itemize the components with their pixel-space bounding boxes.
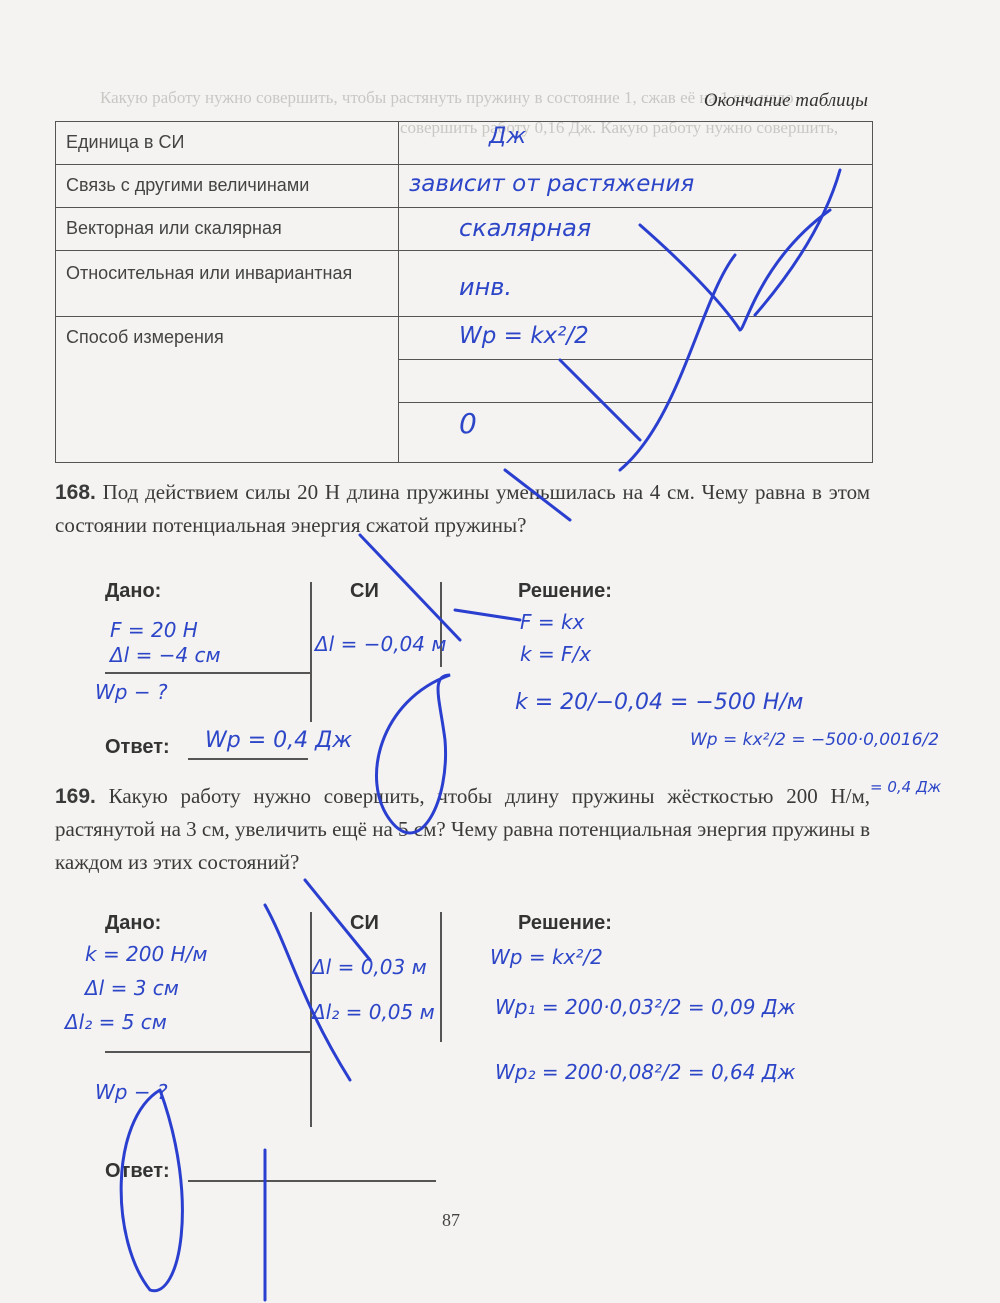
bleed-through-text: Какую работу нужно совершить, чтобы раст… bbox=[100, 88, 794, 108]
row-label: Векторная или скалярная bbox=[56, 208, 399, 251]
table-row: Векторная или скалярная скалярная bbox=[56, 208, 873, 251]
handwritten-solution: Wp = kx²/2 = −500·0,0016/2 bbox=[690, 730, 939, 750]
properties-table: Единица в СИ Дж Связь с другими величина… bbox=[55, 121, 873, 463]
problem-number: 168. bbox=[55, 481, 96, 504]
answer-label: Ответ: bbox=[105, 736, 170, 759]
problem-168: 168. Под действием силы 20 Н длина пружи… bbox=[55, 476, 870, 542]
answer-label: Ответ: bbox=[105, 1160, 170, 1183]
handwritten-solution: = 0,4 Дж bbox=[870, 778, 941, 796]
si-label: СИ bbox=[350, 912, 379, 935]
si-label: СИ bbox=[350, 580, 379, 603]
handwritten-answer: Wp = kx²/2 bbox=[459, 323, 589, 349]
row-label: Способ измерения bbox=[56, 317, 399, 463]
row-answer-cell[interactable]: зависит от растяжения bbox=[399, 165, 873, 208]
handwritten-given: Δl = −4 см bbox=[110, 643, 221, 667]
handwritten-si: Δl = 0,03 м bbox=[312, 955, 427, 979]
handwritten-solution: k = 20/−0,04 = −500 Н/м bbox=[515, 690, 803, 715]
handwritten-find: Wp − ? bbox=[95, 680, 168, 704]
handwritten-solution: F = kx bbox=[520, 610, 584, 634]
handwritten-si: Δl = −0,04 м bbox=[315, 632, 446, 656]
handwritten-given: F = 20 H bbox=[110, 618, 198, 642]
handwritten-solution: Wp = kx²/2 bbox=[490, 945, 603, 969]
handwritten-answer: Wp = 0,4 Дж bbox=[205, 728, 352, 753]
handwritten-solution: Wp₁ = 200·0,03²/2 = 0,09 Дж bbox=[495, 995, 796, 1019]
handwritten-given: Δl = 3 см bbox=[85, 976, 179, 1000]
handwritten-si: Δl₂ = 0,05 м bbox=[312, 1000, 435, 1024]
solution-label: Решение: bbox=[518, 580, 612, 603]
table-continuation-note: Окончание таблицы bbox=[704, 90, 868, 112]
handwritten-solution: k = F/x bbox=[520, 642, 591, 666]
table-row: Способ измерения Wp = kx²/2 0 bbox=[56, 317, 873, 463]
handwritten-given: Δl₂ = 5 см bbox=[65, 1010, 167, 1034]
problem-text: Какую работу нужно совершить, чтобы длин… bbox=[55, 784, 870, 874]
table-row: Единица в СИ Дж bbox=[56, 122, 873, 165]
row-answer-cell[interactable]: Wp = kx²/2 0 bbox=[399, 317, 873, 463]
page-number: 87 bbox=[442, 1210, 460, 1231]
problem-text: Под действием силы 20 Н длина пружины ум… bbox=[55, 480, 870, 537]
row-answer-cell[interactable]: Дж bbox=[399, 122, 873, 165]
handwritten-answer: инв. bbox=[399, 251, 872, 301]
handwritten-solution: Wp₂ = 200·0,08²/2 = 0,64 Дж bbox=[495, 1060, 796, 1084]
row-answer-cell[interactable]: скалярная bbox=[399, 208, 873, 251]
problem-number: 169. bbox=[55, 785, 96, 808]
given-label: Дано: bbox=[105, 912, 161, 935]
handwritten-given: k = 200 Н/м bbox=[85, 942, 207, 966]
problem-169: 169. Какую работу нужно совершить, чтобы… bbox=[55, 780, 870, 879]
table-row: Относительная или инвариантная инв. bbox=[56, 251, 873, 317]
handwritten-answer: Дж bbox=[399, 122, 872, 149]
handwritten-answer: скалярная bbox=[399, 208, 872, 242]
row-label: Относительная или инвариантная bbox=[56, 251, 399, 317]
row-label: Связь с другими величинами bbox=[56, 165, 399, 208]
handwritten-answer: зависит от растяжения bbox=[399, 165, 872, 197]
table-row: Связь с другими величинами зависит от ра… bbox=[56, 165, 873, 208]
handwritten-find: Wp − ? bbox=[95, 1080, 168, 1104]
row-label: Единица в СИ bbox=[56, 122, 399, 165]
solution-label: Решение: bbox=[518, 912, 612, 935]
handwritten-extra: 0 bbox=[459, 407, 477, 440]
given-label: Дано: bbox=[105, 580, 161, 603]
row-answer-cell[interactable]: инв. bbox=[399, 251, 873, 317]
